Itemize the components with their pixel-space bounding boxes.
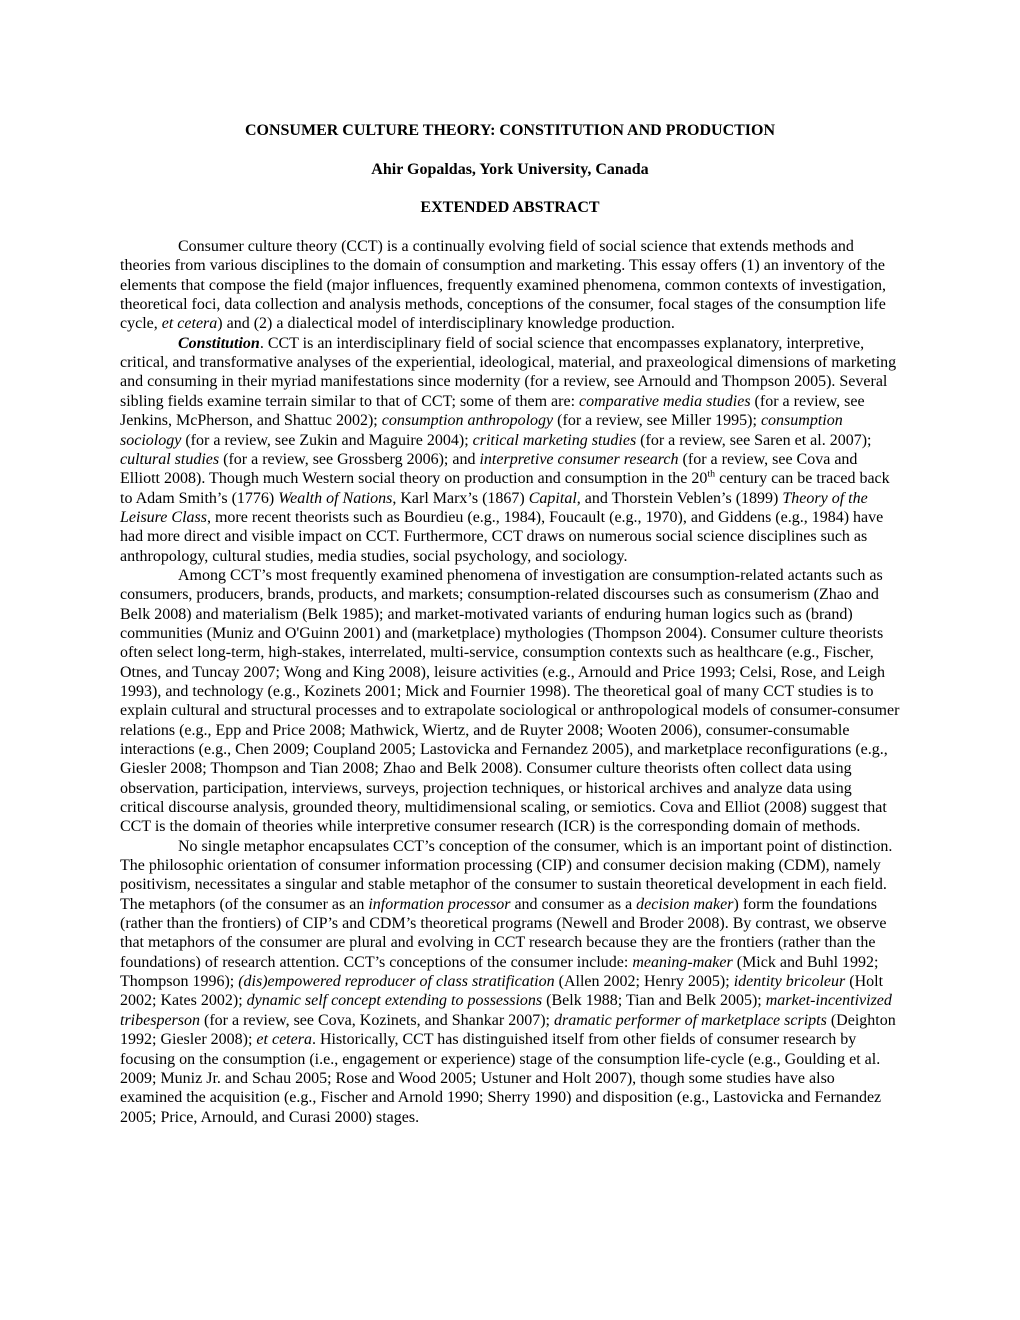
text-run: (for a review, see Cova, Kozinets, and S… — [200, 1012, 554, 1029]
text-run: (Belk 1988; Tian and Belk 2005); — [542, 992, 766, 1009]
text-run: critical marketing studies — [473, 432, 637, 449]
text-run: (for a review, see Grossberg 2006); and — [219, 451, 479, 468]
text-run: et cetera — [162, 315, 218, 332]
text-run: Wealth of Nations — [278, 490, 392, 507]
text-run: cultural studies — [120, 451, 219, 468]
text-run: comparative media studies — [579, 393, 751, 410]
paragraph: No single metaphor encapsulates CCT’s co… — [120, 837, 900, 1127]
text-run: Capital — [529, 490, 577, 507]
section-heading: EXTENDED ABSTRACT — [120, 198, 900, 217]
text-run: (for a review, see Miller 1995); — [553, 412, 761, 429]
text-run: , and Thorstein Veblen’s (1899) — [577, 490, 783, 507]
text-run: consumption anthropology — [382, 412, 553, 429]
text-run: et cetera — [256, 1031, 312, 1048]
text-run: th — [707, 469, 715, 480]
paragraph: Among CCT’s most frequently examined phe… — [120, 566, 900, 837]
paragraph: Constitution. CCT is an interdisciplinar… — [120, 334, 900, 566]
text-run: (for a review, see Zukin and Maguire 200… — [181, 432, 472, 449]
text-run: Among CCT’s most frequently examined phe… — [120, 567, 899, 835]
text-run: , more recent theorists such as Bourdieu… — [120, 509, 883, 565]
text-run: (Allen 2002; Henry 2005); — [555, 973, 734, 990]
paragraph: Consumer culture theory (CCT) is a conti… — [120, 237, 900, 334]
text-run: interpretive consumer research — [479, 451, 678, 468]
text-run: , Karl Marx’s (1867) — [392, 490, 528, 507]
text-run: identity bricoleur — [734, 973, 846, 990]
text-run: Constitution — [178, 335, 260, 352]
abstract-body: Consumer culture theory (CCT) is a conti… — [120, 237, 900, 1127]
author-line: Ahir Gopaldas, York University, Canada — [120, 160, 900, 179]
text-run: (for a review, see Saren et al. 2007); — [636, 432, 871, 449]
text-run: and consumer as a — [510, 896, 636, 913]
document-page: CONSUMER CULTURE THEORY: CONSTITUTION AN… — [0, 0, 1020, 1320]
text-run: information processor — [368, 896, 510, 913]
text-run: meaning-maker — [632, 954, 732, 971]
text-run: decision maker — [636, 896, 733, 913]
text-run: dramatic performer of marketplace script… — [554, 1012, 827, 1029]
text-run: (dis)empowered reproducer of class strat… — [238, 973, 554, 990]
document-title: CONSUMER CULTURE THEORY: CONSTITUTION AN… — [120, 121, 900, 140]
text-run: ) and (2) a dialectical model of interdi… — [217, 315, 675, 332]
text-run: dynamic self concept extending to posses… — [247, 992, 543, 1009]
